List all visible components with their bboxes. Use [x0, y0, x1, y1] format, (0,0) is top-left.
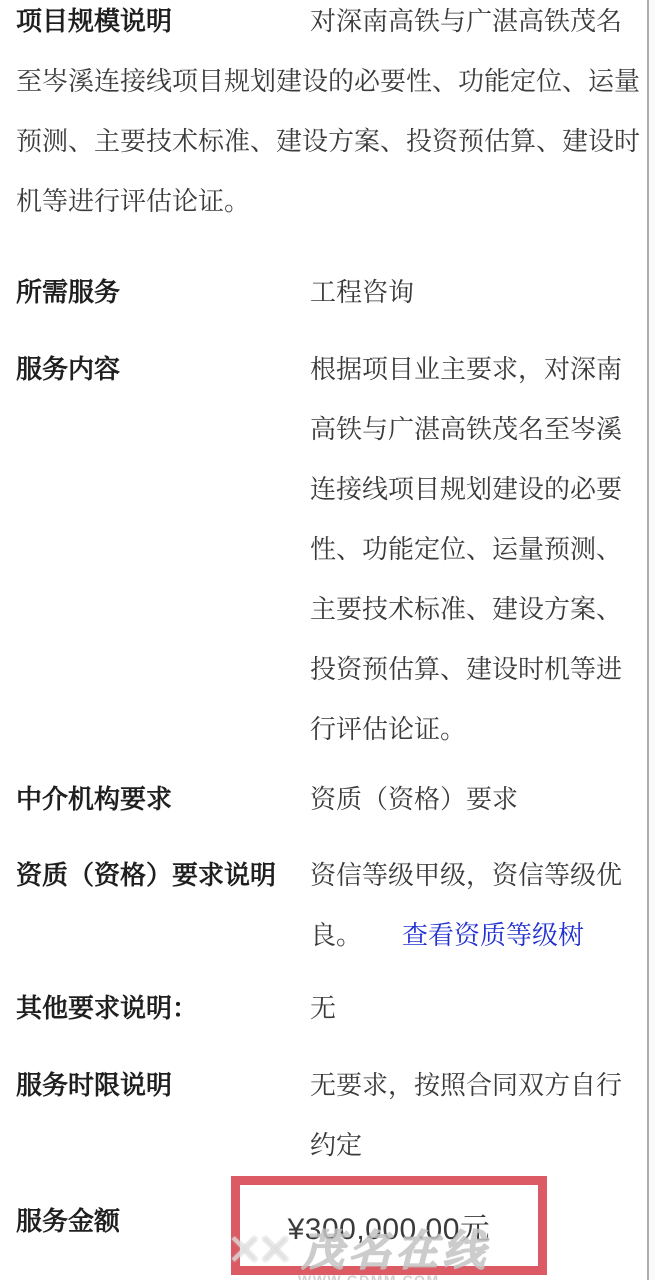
field-label-service-time-limit: 服务时限说明	[16, 1055, 310, 1115]
field-value-qualification-requirement: 资信等级甲级，资信等级优良。查看资质等级树	[310, 845, 643, 965]
page-edge-gutter	[649, 0, 655, 1280]
field-value-required-service: 工程咨询	[310, 262, 643, 322]
field-row-service-time-limit: 服务时限说明 无要求，按照合同双方自行约定	[16, 1055, 643, 1175]
field-row-project-scale: 项目规模说明对深南高铁与广湛高铁茂名至岑溪连接线项目规划建设的必要性、功能定位、…	[16, 0, 643, 231]
view-qualification-tree-link[interactable]: 查看资质等级树	[402, 920, 584, 950]
field-value-agency-requirement: 资质（资格）要求	[310, 769, 643, 829]
field-value-service-content: 根据项目业主要求，对深南高铁与广湛高铁茂名至岑溪连接线项目规划建设的必要性、功能…	[310, 339, 643, 759]
field-value-service-time-limit: 无要求，按照合同双方自行约定	[310, 1055, 643, 1175]
field-label-other-requirement: 其他要求说明：	[16, 978, 310, 1038]
field-row-service-content: 服务内容 根据项目业主要求，对深南高铁与广湛高铁茂名至岑溪连接线项目规划建设的必…	[16, 339, 643, 759]
service-amount-value: ¥300,000.00元	[288, 1204, 491, 1248]
field-label-required-service: 所需服务	[16, 262, 310, 322]
field-row-agency-requirement: 中介机构要求 资质（资格）要求	[16, 769, 643, 829]
field-row-required-service: 所需服务 工程咨询	[16, 262, 643, 322]
field-value-other-requirement: 无	[310, 978, 643, 1038]
field-label-project-scale: 项目规模说明	[16, 0, 310, 51]
service-amount-highlight-box: ¥300,000.00元	[231, 1176, 547, 1275]
project-detail-page: 项目规模说明对深南高铁与广湛高铁茂名至岑溪连接线项目规划建设的必要性、功能定位、…	[0, 0, 655, 1280]
field-label-service-content: 服务内容	[16, 339, 310, 399]
field-row-qualification-requirement: 资质（资格）要求说明 资信等级甲级，资信等级优良。查看资质等级树	[16, 845, 643, 965]
field-label-qualification-requirement: 资质（资格）要求说明	[16, 845, 310, 905]
field-label-agency-requirement: 中介机构要求	[16, 769, 310, 829]
field-row-other-requirement: 其他要求说明： 无	[16, 978, 643, 1038]
field-list: 项目规模说明对深南高铁与广湛高铁茂名至岑溪连接线项目规划建设的必要性、功能定位、…	[0, 0, 655, 1251]
